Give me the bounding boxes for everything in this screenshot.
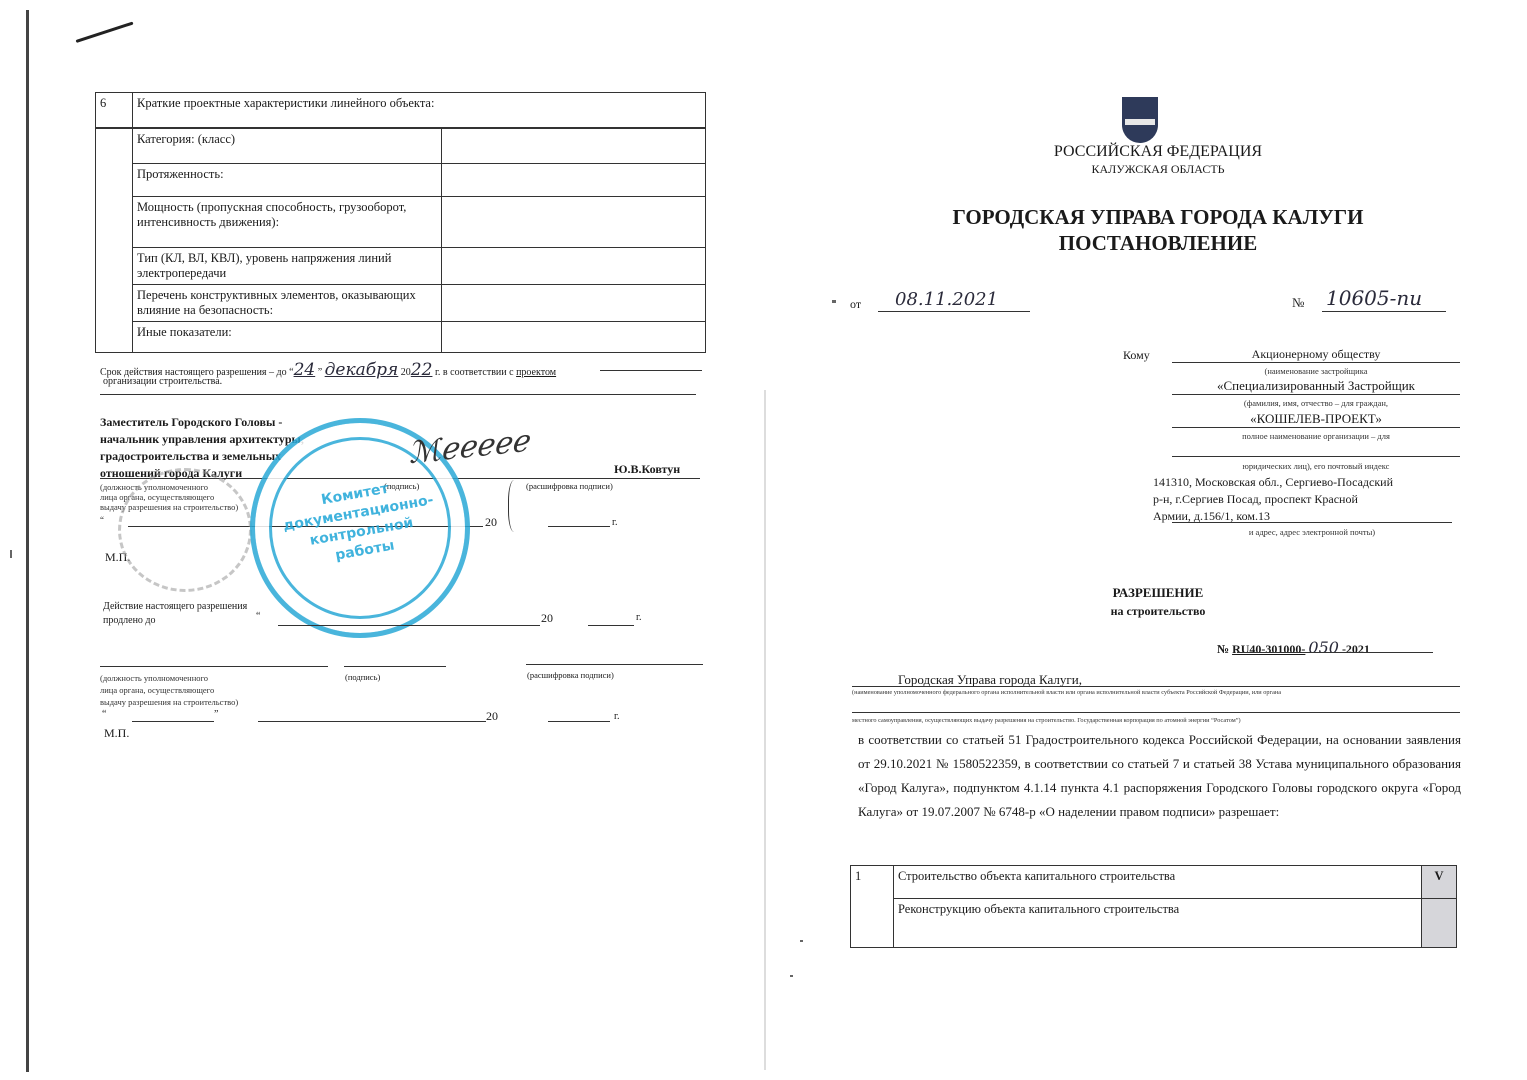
decree-from-label: от xyxy=(850,297,861,312)
section-6-table: 6 Краткие проектные характеристики линей… xyxy=(95,92,706,353)
issuer-caption-1: (наименование уполномоченного федерально… xyxy=(852,689,1462,696)
recipient-line-3: «КОШЕЛЕВ-ПРОЕКТ» xyxy=(1172,411,1460,428)
date-line xyxy=(258,721,486,722)
permit-subtitle: на строительство xyxy=(1040,604,1276,619)
recipient-address: 141310, Московская обл., Сергиево-Посадс… xyxy=(1153,474,1393,525)
row-label: Тип (КЛ, ВЛ, КВЛ), уровень напряжения ли… xyxy=(133,248,442,285)
header-region: КАЛУЖСКАЯ ОБЛАСТЬ xyxy=(1040,162,1276,177)
date-line xyxy=(548,526,610,527)
gray-seal-stamp xyxy=(118,468,252,592)
permit-type-table: 1 Строительство объекта капитального стр… xyxy=(850,865,1457,948)
decree-date: 08.11.2021 xyxy=(895,289,998,310)
table-row-label: Строительство объекта капитального строи… xyxy=(894,866,1422,899)
table-row-checkbox xyxy=(1422,899,1457,948)
decode-line xyxy=(526,664,703,665)
divider xyxy=(100,394,696,395)
section-title: Краткие проектные характеристики линейно… xyxy=(133,93,706,129)
header-authority: ГОРОДСКАЯ УПРАВА ГОРОДА КАЛУГИ xyxy=(920,205,1396,230)
row-value xyxy=(442,128,706,164)
page-edge-scan xyxy=(26,10,29,1072)
section-number: 6 xyxy=(96,93,133,129)
permit-body-text: в соответствии со статьей 51 Градостроит… xyxy=(858,728,1461,824)
issuer-line xyxy=(852,686,1460,687)
underline xyxy=(600,370,702,371)
validity-basis: проектом xyxy=(516,367,556,378)
decree-date-line xyxy=(878,311,1030,312)
row-label: Категория: (класс) xyxy=(133,128,442,164)
page-gutter xyxy=(764,390,766,1070)
row-label: Протяженность: xyxy=(133,164,442,197)
decree-number-label: № xyxy=(1292,295,1304,311)
extension-position-caption: (должность уполномоченного лица органа, … xyxy=(100,672,238,708)
validity-day: 24 xyxy=(294,360,316,380)
header-doc-type: ПОСТАНОВЛЕНИЕ xyxy=(920,231,1396,256)
validity-year: 22 xyxy=(411,360,433,380)
permit-title: РАЗРЕШЕНИЕ xyxy=(1040,585,1276,601)
permit-number: № RU40-301000- 050 -2021 xyxy=(1217,638,1370,657)
decree-number-line xyxy=(1322,311,1446,312)
table-number: 1 xyxy=(851,866,894,948)
issuer-line-2 xyxy=(852,712,1460,713)
row-value xyxy=(442,197,706,248)
row-value xyxy=(442,285,706,322)
recipient-line-2: «Специализированный Застройщик xyxy=(1172,378,1460,395)
scan-speck xyxy=(800,940,803,942)
recipient-blank-line xyxy=(1172,456,1460,457)
table-row-label: Реконструкцию объекта капитального строи… xyxy=(894,899,1422,948)
signature-stroke xyxy=(508,480,523,532)
row-value xyxy=(442,248,706,285)
handwritten-signature: ℳℯℯℯℯℯ xyxy=(407,424,531,471)
header-country: РОССИЙСКАЯ ФЕДЕРАЦИЯ xyxy=(1040,143,1276,161)
row-label: Мощность (пропускная способность, грузоо… xyxy=(133,197,442,248)
coat-of-arms-icon xyxy=(1122,97,1158,143)
row-label: Перечень конструктивных элементов, оказы… xyxy=(133,285,442,322)
recipient-line-1: Акционерному обществу xyxy=(1172,347,1460,363)
validity-month: декабря xyxy=(325,360,399,380)
pen-mark xyxy=(76,22,134,43)
validity-line-2: организации строительства. xyxy=(103,376,222,387)
extension-label: Действие настоящего разрешения продлено … xyxy=(103,600,247,628)
signature-line xyxy=(344,666,446,667)
section-spacer xyxy=(96,128,133,353)
date-line xyxy=(588,625,634,626)
signatory-name: Ю.В.Ковтун xyxy=(614,462,680,477)
scan-speck xyxy=(832,300,836,303)
table-row-checkbox: V xyxy=(1422,866,1457,899)
permit-number-line xyxy=(1237,652,1433,653)
issuer-caption-2: местного самоуправления, осуществляющих … xyxy=(852,717,1462,724)
date-line xyxy=(132,721,214,722)
date-line xyxy=(548,721,610,722)
row-label: Иные показатели: xyxy=(133,322,442,353)
position-line xyxy=(100,666,328,667)
decode-caption: (расшифровка подписи) xyxy=(526,481,613,491)
extension-date-line xyxy=(278,625,540,626)
decree-number: 10605-пи xyxy=(1326,286,1422,310)
row-value xyxy=(442,164,706,197)
scan-speck xyxy=(790,975,793,977)
scan-speck xyxy=(10,550,12,558)
row-value xyxy=(442,322,706,353)
address-line xyxy=(1172,522,1452,523)
recipient-label: Кому xyxy=(1123,348,1150,363)
